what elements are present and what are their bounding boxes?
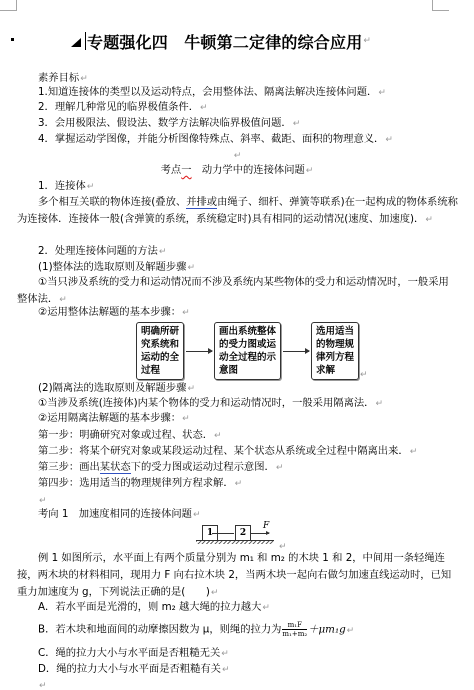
arrow-right-icon [283, 351, 309, 352]
spellcheck-underline: 一 [181, 164, 191, 176]
step-item: 第一步：明确研究对象或过程、状态．↵ [38, 428, 222, 443]
method-title: (1)整体法的选取原则及解题步骤↵ [38, 260, 195, 275]
empty-paragraph: ↵ [38, 493, 47, 508]
grammar-underline: 并排或 [186, 196, 217, 209]
arrow-right-icon [186, 351, 212, 352]
text-cursor [85, 32, 86, 50]
page-corner-mark-right [432, 0, 449, 11]
flow-box: 选用适当 的物理规 律列方程 求解 [311, 322, 359, 380]
page-title: 专题强化四 牛顿第二定律的综合应用 [87, 30, 362, 53]
steps-label: ②运用隔离法解题的基本步骤：↵ [38, 411, 190, 426]
objective-item: 4．掌握运动学图像，并能分析图像特殊点、斜率、截距、面积的物理意义．↵ [38, 132, 393, 147]
flow-box: 画出系统整体 的受力图或运 动全过程的示 意图 [214, 322, 281, 380]
rope-line [212, 533, 234, 534]
topic-heading: 考向 1 加速度相同的连接体问题↵ [38, 507, 201, 522]
objective-item: 3．会用极限法、假设法、数学方法解决临界极值问题．↵ [38, 116, 300, 131]
subsection-title: 2．处理连接体问题的方法↵ [38, 244, 166, 259]
document-title-row: 专题强化四 牛顿第二定律的综合应用 ↵ [71, 30, 371, 52]
block-2: 2 [235, 525, 251, 541]
subsection-title: 1．连接体↵ [38, 179, 94, 194]
steps-label: ②运用整体法解题的基本步骤：↵ [38, 305, 190, 320]
list-bullet-icon [11, 38, 14, 41]
two-blocks-diagram: 1 2 F [196, 524, 276, 550]
method-title: (2)隔离法的选取原则及解题步骤↵ [38, 381, 195, 396]
force-label: F [263, 521, 269, 531]
body-paragraph: 多个相互关联的物体连接(叠放、并排或由绳子、细杆、弹簧等联系)在一起构成的物体系… [17, 194, 459, 229]
option-c: C．绳的拉力大小与水平面是否粗糙无关↵ [38, 646, 229, 661]
step-item: 第二步：将某个研究对象或某段运动过程、某个状态从系统或全过程中隔离出来．↵ [38, 444, 417, 459]
grammar-underline: 某状态 [100, 461, 131, 474]
page-corner-mark-left [0, 0, 17, 11]
step-item: 第三步：画出某状态下的受力图或运动过程示意图．↵ [38, 460, 283, 475]
option-a: A．若水平面是光滑的，则 m₂ 越大绳的拉力越大↵ [38, 600, 270, 615]
option-b: B．若木块和地面间的动摩擦因数为 μ，则绳的拉力为m₁Fm₁+m₂＋μm₁g↵ [38, 621, 354, 638]
objectives-heading: 素养目标↵ [38, 71, 88, 86]
section-heading: 考点一 动力学中的连接体问题↵ [0, 163, 474, 178]
objective-item: 1.知道连接体的类型以及运动特点，会用整体法、隔离法解决连接体问题．↵ [38, 85, 386, 100]
flow-box: 明确所研 究系统和 运动的全 过程 [136, 322, 184, 380]
fraction: m₁Fm₁+m₂ [282, 621, 307, 638]
force-arrow-icon [251, 533, 269, 534]
empty-paragraph: ↵ [38, 678, 47, 690]
collapse-triangle-icon[interactable] [71, 38, 81, 47]
body-line: ①当涉及系统(连接体)内某个物体的受力和运动情况时，一般采用隔离法．↵ [38, 396, 383, 411]
body-paragraph: ①当只涉及系统的受力和运动情况而不涉及系统内某些物体的受力和运动情况时，一般采用… [17, 274, 459, 309]
empty-paragraph: ↵ [0, 148, 474, 163]
step-item: 第四步：选用适当的物理规律列方程求解．↵ [38, 476, 242, 491]
paragraph-mark-icon: ↵ [363, 36, 371, 46]
objective-item: 2．理解几种常见的临界极值条件．↵ [38, 100, 208, 115]
ground-hatch [196, 540, 274, 544]
option-d: D．绳的拉力大小与水平面是否粗糙有关↵ [38, 662, 230, 677]
paragraph-mark-icon: ↵ [360, 370, 368, 380]
example-question: 例 1 如图所示，水平面上有两个质量分别为 m₁ 和 m₂ 的木块 1 和 2，… [17, 550, 459, 602]
whole-method-flowchart: 明确所研 究系统和 运动的全 过程 画出系统整体 的受力图或运 动全过程的示 意… [136, 322, 368, 380]
